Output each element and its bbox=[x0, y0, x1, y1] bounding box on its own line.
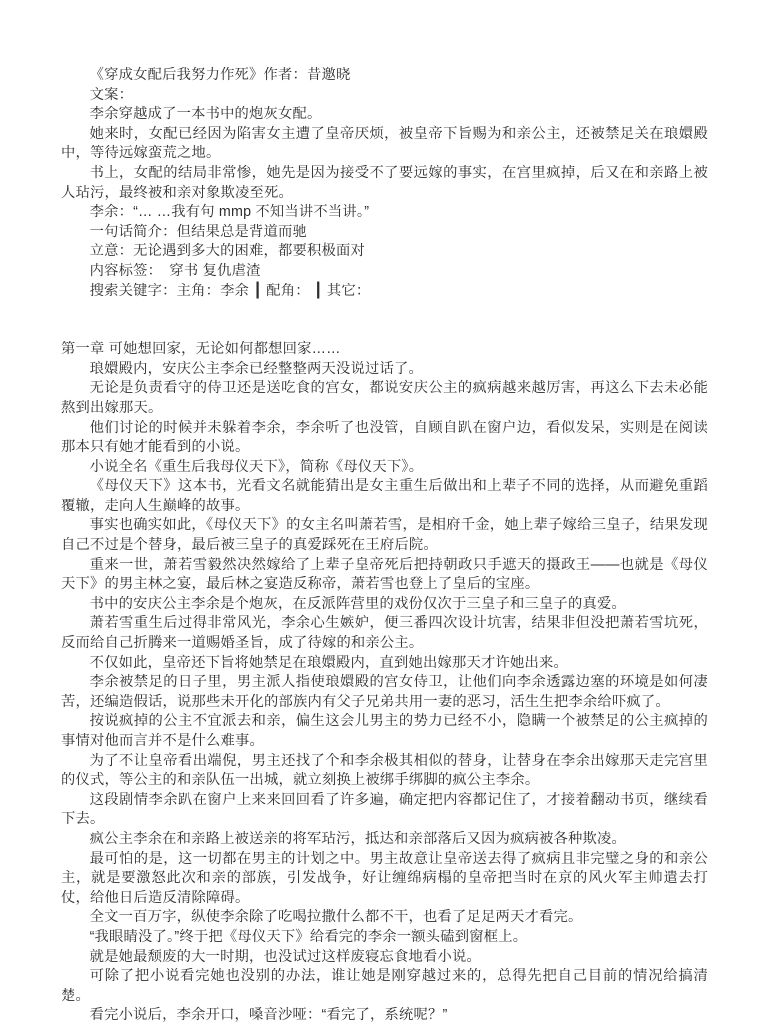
body-paragraph: 这段剧情李余趴在窗户上来来回回看了许多遍，确定把内容都记住了，才接着翻动书页，继… bbox=[61, 791, 708, 830]
body-paragraph: 他们讨论的时候并未躲着李余，李余听了也没管，自顾自趴在窗户边，看似发呆，实则是在… bbox=[61, 419, 708, 458]
front-matter-line: 内容标签： 穿书 复仇虐渣 bbox=[61, 262, 708, 282]
front-matter-line: 李余：“… …我有句 mmp 不知当讲不当讲。” bbox=[61, 203, 708, 223]
front-matter: 《穿成女配后我努力作死》作者：昔邀晓 文案： 李余穿越成了一本书中的炮灰女配。 … bbox=[61, 66, 708, 301]
body-paragraph: 按说疯掉的公主不宜派去和亲，偏生这会儿男主的势力已经不小，隐瞒一个被禁足的公主疯… bbox=[61, 712, 708, 751]
body-paragraph: 《母仪天下》这本书，光看文名就能猜出是女主重生后做出和上辈子不同的选择，从而避免… bbox=[61, 477, 708, 516]
front-matter-line: 她来时，女配已经因为陷害女主遭了皇帝厌烦，被皇帝下旨赐为和亲公主，还被禁足关在琅… bbox=[61, 125, 708, 164]
chapter-heading: 第一章 可她想回家，无论如何都想回家…… bbox=[61, 340, 708, 360]
body-paragraph: 小说全名《重生后我母仪天下》，简称《母仪天下》。 bbox=[61, 458, 708, 478]
body-paragraph: 不仅如此，皇帝还下旨将她禁足在琅嬛殿内，直到她出嫁那天才许她出来。 bbox=[61, 654, 708, 674]
body-paragraph: 琅嬛殿内，安庆公主李余已经整整两天没说过话了。 bbox=[61, 360, 708, 380]
body-paragraph: 疯公主李余在和亲路上被送亲的将军玷污，抵达和亲部落后又因为疯病被各种欺凌。 bbox=[61, 830, 708, 850]
front-matter-line: 李余穿越成了一本书中的炮灰女配。 bbox=[61, 105, 708, 125]
body-paragraph: 无论是负责看守的侍卫还是送吃食的宫女，都说安庆公主的疯病越来越厉害，再这么下去未… bbox=[61, 379, 708, 418]
book-title-author-line: 《穿成女配后我努力作死》作者：昔邀晓 bbox=[61, 66, 708, 86]
chapter-body: 琅嬛殿内，安庆公主李余已经整整两天没说过话了。 无论是负责看守的侍卫还是送吃食的… bbox=[61, 360, 708, 1024]
body-paragraph: 萧若雪重生后过得非常风光，李余心生嫉妒，便三番四次设计坑害，结果非但没把萧若雪坑… bbox=[61, 614, 708, 653]
front-matter-line: 一句话简介：但结果总是背道而驰 bbox=[61, 223, 708, 243]
body-paragraph: 重来一世，萧若雪毅然决然嫁给了上辈子皇帝死后把持朝政只手遮天的摄政王——也就是《… bbox=[61, 556, 708, 595]
body-paragraph: 就是她最颓废的大一时期，也没试过这样废寝忘食地看小说。 bbox=[61, 948, 708, 968]
document-page: 《穿成女配后我努力作死》作者：昔邀晓 文案： 李余穿越成了一本书中的炮灰女配。 … bbox=[0, 0, 768, 1024]
front-matter-line: 立意：无论遇到多大的困难，都要积极面对 bbox=[61, 242, 708, 262]
body-paragraph: 最可怕的是，这一切都在男主的计划之中。男主故意让皇帝送去得了疯病且非完璧之身的和… bbox=[61, 850, 708, 909]
body-paragraph: 为了不让皇帝看出端倪，男主还找了个和李余极其相似的替身，让替身在李余出嫁那天走完… bbox=[61, 752, 708, 791]
body-paragraph: “我眼睛没了。”终于把《母仪天下》给看完的李余一额头磕到窗框上。 bbox=[61, 928, 708, 948]
front-matter-line: 书上，女配的结局非常惨，她先是因为接受不了要远嫁的事实，在宫里疯掉，后又在和亲路… bbox=[61, 164, 708, 203]
body-paragraph: 事实也确实如此，《母仪天下》的女主名叫萧若雪，是相府千金，她上辈子嫁给三皇子，结… bbox=[61, 516, 708, 555]
body-paragraph: 李余被禁足的日子里，男主派人指使琅嬛殿的宫女侍卫，让他们向李余透露边塞的环境是如… bbox=[61, 673, 708, 712]
body-paragraph: 书中的安庆公主李余是个炮灰，在反派阵营里的戏份仅次于三皇子和三皇子的真爱。 bbox=[61, 595, 708, 615]
body-paragraph: 可除了把小说看完她也没别的办法，谁让她是刚穿越过来的，总得先把自己目前的情况给搞… bbox=[61, 967, 708, 1006]
body-paragraph: 全文一百万字，纵使李余除了吃喝拉撒什么都不干，也看了足足两天才看完。 bbox=[61, 908, 708, 928]
front-matter-line: 搜索关键字：主角：李余 ┃ 配角： ┃ 其它： bbox=[61, 282, 708, 302]
body-paragraph: 看完小说后，李余开口，嗓音沙哑：“看完了，系统呢？” bbox=[61, 1006, 708, 1024]
front-matter-line: 文案： bbox=[61, 86, 708, 106]
